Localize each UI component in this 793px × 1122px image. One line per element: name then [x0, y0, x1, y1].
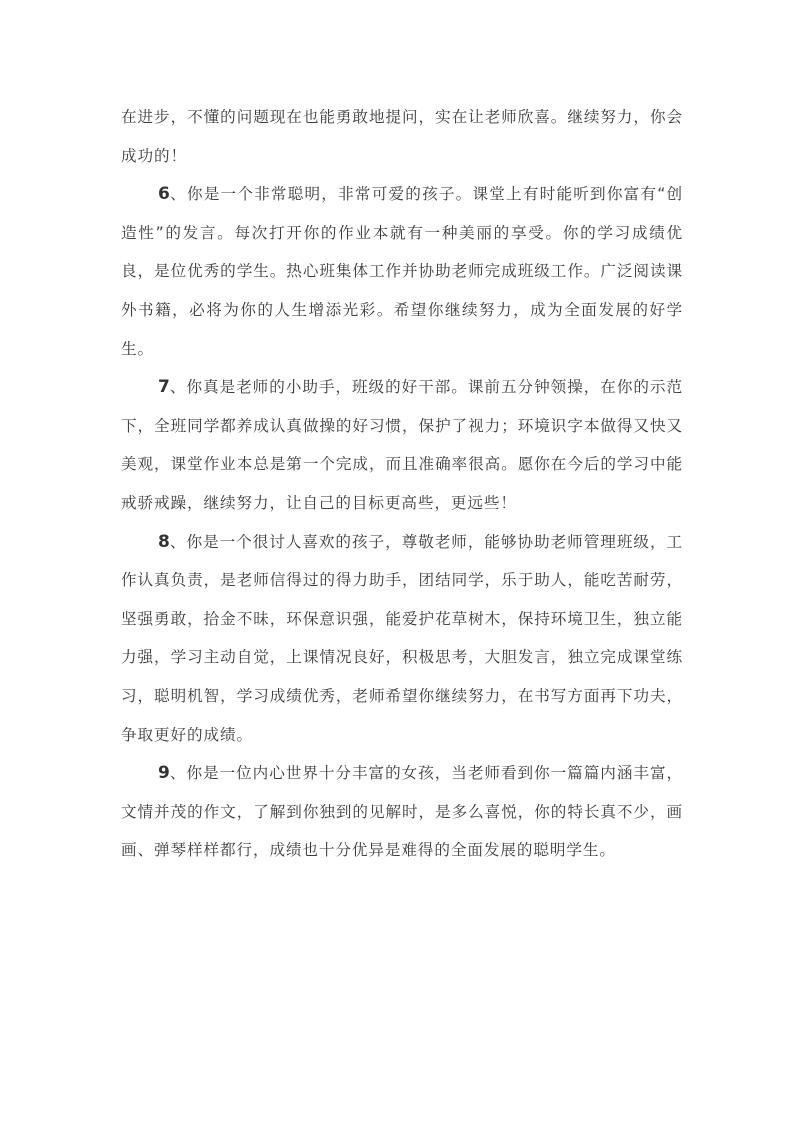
paragraph-comment-7: 7、你真是老师的小助手，班级的好干部。课前五分钟领操，在你的示范下，全班同学都养…: [121, 368, 683, 522]
paragraph-text: 、你是一位内心世界十分丰富的女孩，当老师看到你一篇篇内涵丰富，文情并茂的作文，了…: [121, 764, 683, 859]
paragraph-text: 、你真是老师的小助手，班级的好干部。课前五分钟领操，在你的示范下，全班同学都养成…: [121, 378, 683, 512]
paragraph-number: 6: [158, 184, 170, 204]
paragraph-text: 、你是一个很讨人喜欢的孩子，尊敬老师，能够协助老师管理班级，工作认真负责，是老师…: [121, 533, 683, 744]
paragraph-number: 9: [158, 763, 170, 783]
paragraph-number: 7: [158, 377, 170, 397]
paragraph-continuation: 在进步，不懂的问题现在也能勇敢地提问，实在让老师欣喜。继续努力，你会成功的！: [121, 98, 683, 175]
document-page: 在进步，不懂的问题现在也能勇敢地提问，实在让老师欣喜。继续努力，你会成功的！ 6…: [121, 98, 683, 870]
paragraph-text: 、你是一个非常聪明，非常可爱的孩子。课堂上有时能听到你富有“创造性”的发言。每次…: [121, 185, 683, 357]
paragraph-comment-6: 6、你是一个非常聪明，非常可爱的孩子。课堂上有时能听到你富有“创造性”的发言。每…: [121, 175, 683, 368]
paragraph-number: 8: [158, 532, 170, 552]
paragraph-comment-8: 8、你是一个很讨人喜欢的孩子，尊敬老师，能够协助老师管理班级，工作认真负责，是老…: [121, 523, 683, 755]
paragraph-text: 在进步，不懂的问题现在也能勇敢地提问，实在让老师欣喜。继续努力，你会成功的！: [121, 108, 683, 165]
paragraph-comment-9: 9、你是一位内心世界十分丰富的女孩，当老师看到你一篇篇内涵丰富，文情并茂的作文，…: [121, 754, 683, 870]
